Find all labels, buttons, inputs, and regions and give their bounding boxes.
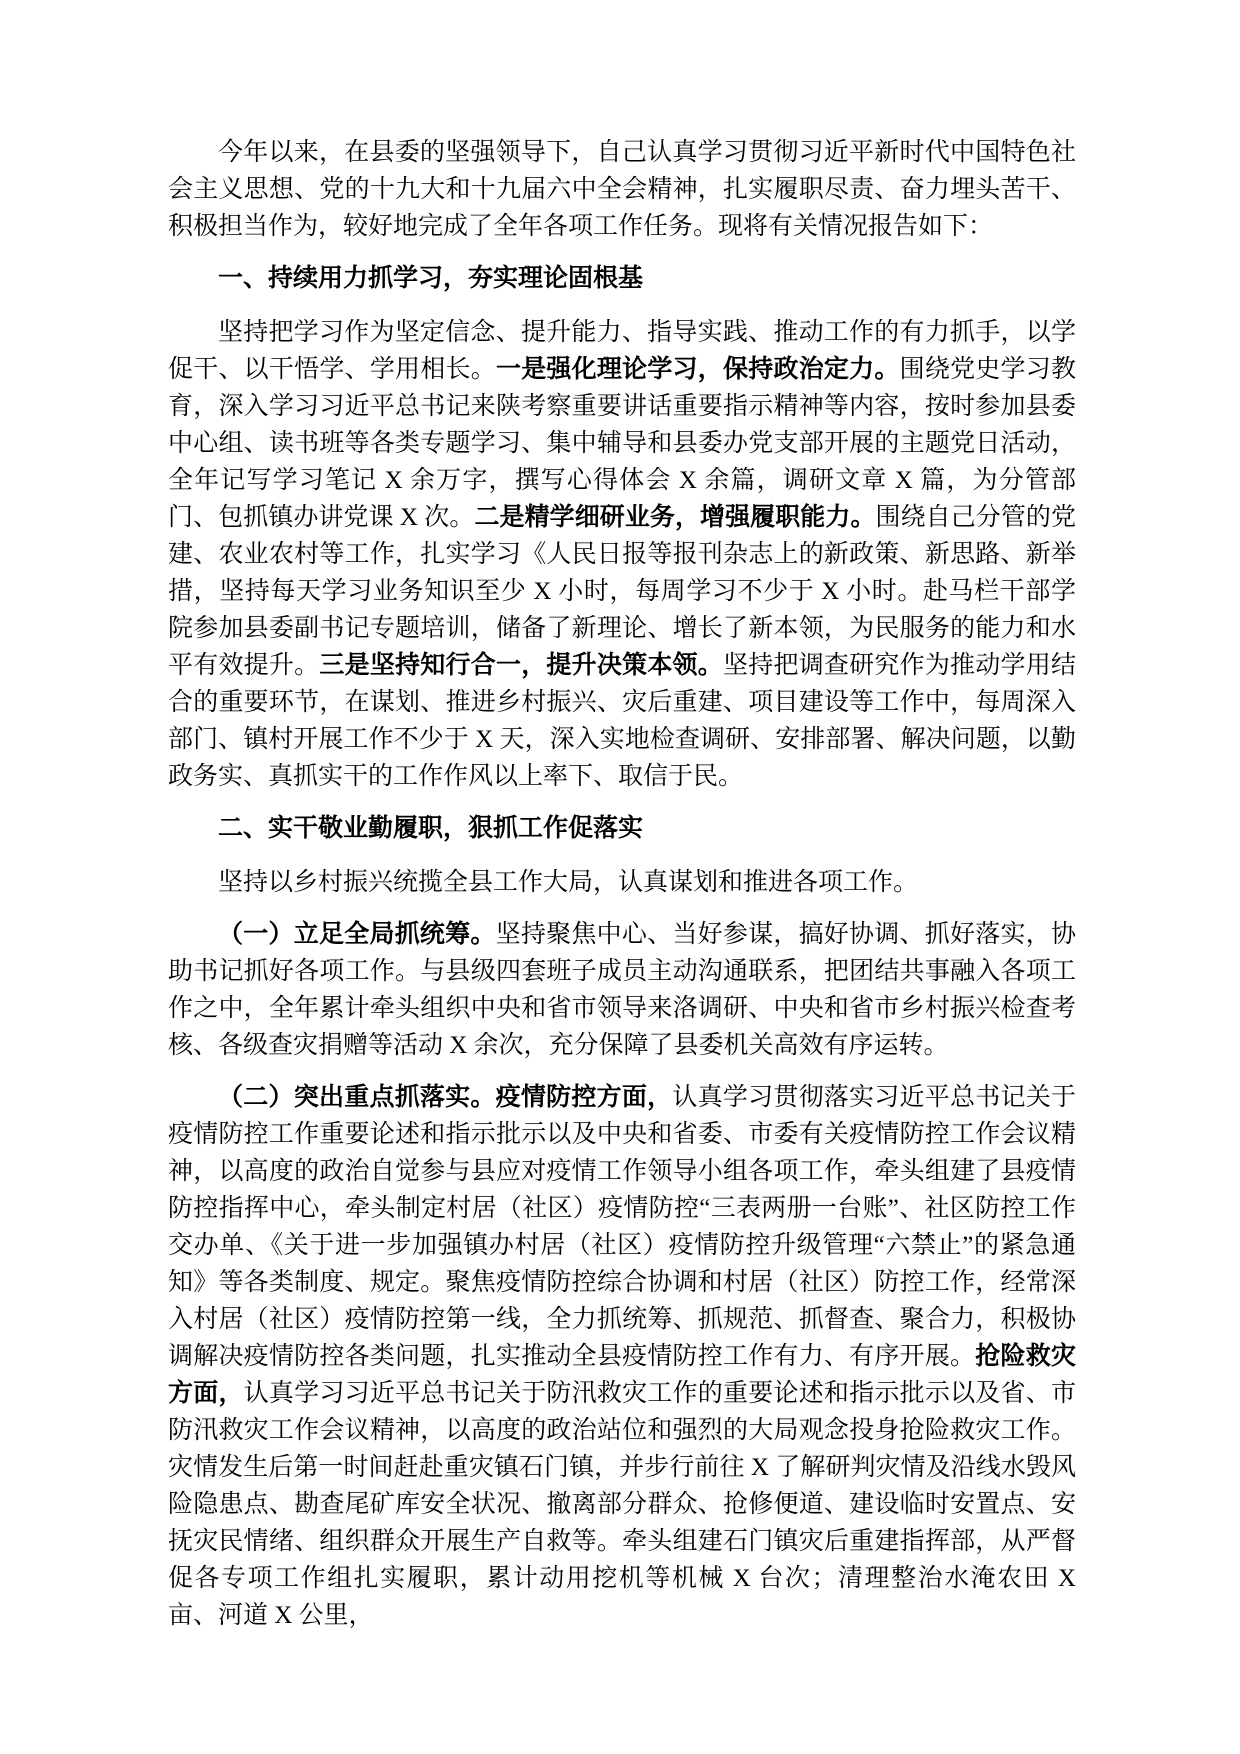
text-run: 认真学习贯彻落实习近平总书记关于疫情防控工作重要论述和指示批示以及中央和省委、市… xyxy=(168,1084,1076,1370)
bold-text-run: 二是精学细研业务，增强履职能力。 xyxy=(474,504,875,531)
section-heading-1: 一、持续用力抓学习，夯实理论固根基 xyxy=(168,260,1076,297)
document-content: 今年以来，在县委的坚强领导下，自己认真学习贯彻习近平新时代中国特色社会主义思想、… xyxy=(168,134,1076,1649)
bold-text-run: 一是强化理论学习，保持政治定力。 xyxy=(496,356,900,383)
bold-text-run: （二）突出重点抓落实。疫情防控方面， xyxy=(218,1084,672,1111)
text-run: 今年以来，在县委的坚强领导下，自己认真学习贯彻习近平新时代中国特色社会主义思想、… xyxy=(168,139,1076,240)
text-run: 认真学习习近平总书记关于防汛救灾工作的重要论述和指示批示以及省、市防汛救灾工作会… xyxy=(168,1380,1076,1629)
bold-text-run: 二、实干敬业勤履职，狠抓工作促落实 xyxy=(218,815,643,842)
bold-text-run: （一）立足全局抓统筹。 xyxy=(218,921,496,948)
section-2-item-2-paragraph: （二）突出重点抓落实。疫情防控方面，认真学习贯彻落实习近平总书记关于疫情防控工作… xyxy=(168,1079,1076,1634)
section-2-item-1-paragraph: （一）立足全局抓统筹。坚持聚焦中心、当好参谋，搞好协调、抓好落实，协助书记抓好各… xyxy=(168,916,1076,1064)
text-run: 坚持以乡村振兴统揽全县工作大局，认真谋划和推进各项工作。 xyxy=(218,869,918,896)
section-2-lead-paragraph: 坚持以乡村振兴统揽全县工作大局，认真谋划和推进各项工作。 xyxy=(168,864,1076,901)
section-1-paragraph: 坚持把学习作为坚定信念、提升能力、指导实践、推动工作的有力抓手，以学促干、以干悟… xyxy=(168,314,1076,795)
bold-text-run: 三是坚持知行合一，提升决策本领。 xyxy=(319,652,723,679)
document-page: 今年以来，在县委的坚强领导下，自己认真学习贯彻习近平新时代中国特色社会主义思想、… xyxy=(0,0,1240,1754)
bold-text-run: 一、持续用力抓学习，夯实理论固根基 xyxy=(218,265,643,292)
intro-paragraph: 今年以来，在县委的坚强领导下，自己认真学习贯彻习近平新时代中国特色社会主义思想、… xyxy=(168,134,1076,245)
section-heading-2: 二、实干敬业勤履职，狠抓工作促落实 xyxy=(168,810,1076,847)
